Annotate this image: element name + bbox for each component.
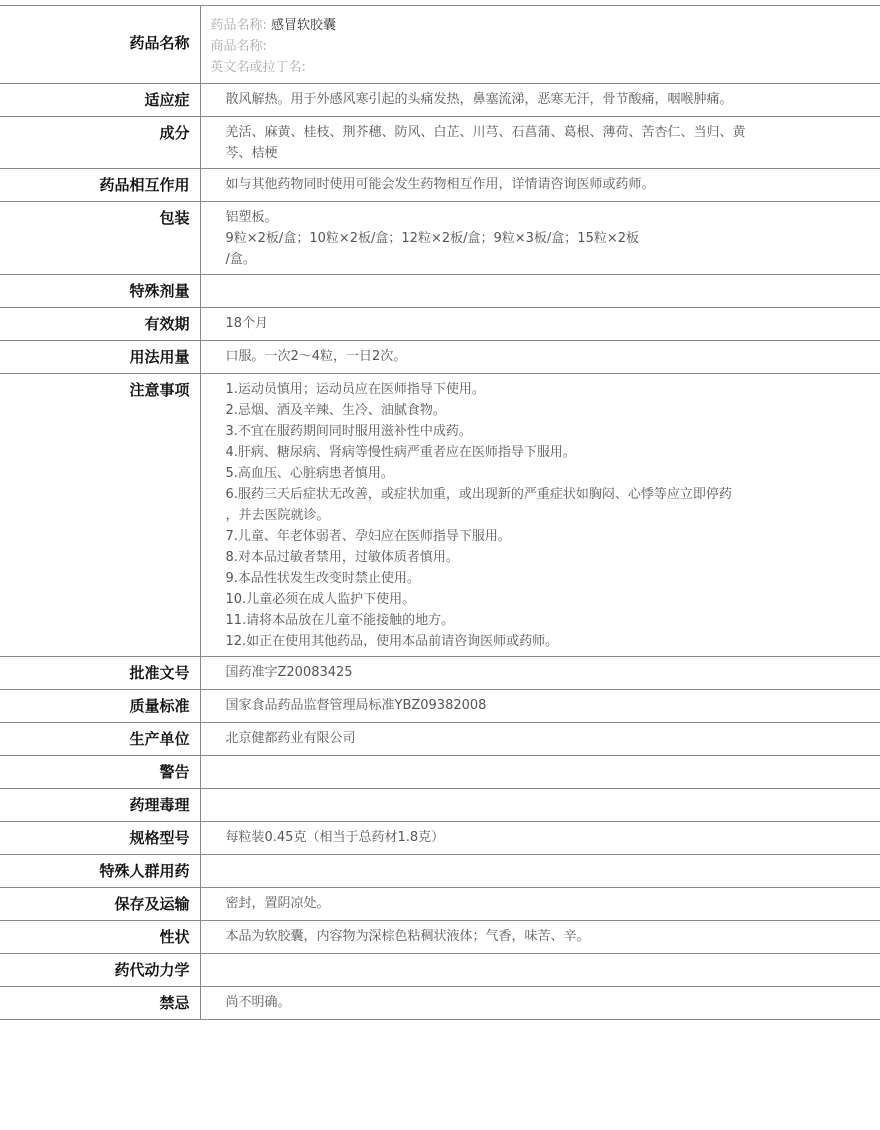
table-row: 警告 [0, 756, 880, 789]
value-line: 12.如正在使用其他药品，使用本品前请咨询医师或药师。 [226, 631, 791, 652]
drug-spec-sheet: 药品名称 药品名称: 感冒软胶囊 商品名称: 英文名或拉丁名: [0, 5, 880, 1020]
row-label: 警告 [0, 756, 200, 789]
row-label: 规格型号 [0, 822, 200, 855]
row-label: 适应症 [0, 84, 200, 117]
row-label: 批准文号 [0, 657, 200, 690]
value-line: 2.忌烟、酒及辛辣、生冷、油腻食物。 [226, 400, 791, 421]
table-row: 特殊剂量 [0, 275, 880, 308]
row-value: 18个月 [200, 308, 880, 341]
row-label: 药品名称 [0, 6, 200, 84]
generic-name-key: 药品名称: [211, 18, 267, 33]
value-line: 如与其他药物同时使用可能会发生药物相互作用，详情请咨询医师或药师。 [226, 174, 791, 195]
row-label: 生产单位 [0, 723, 200, 756]
value-line: 口服。一次2～4粒，一日2次。 [226, 346, 791, 367]
table-row: 生产单位北京健都药业有限公司 [0, 723, 880, 756]
drug-spec-table: 药品名称 药品名称: 感冒软胶囊 商品名称: 英文名或拉丁名: [0, 5, 880, 1020]
row-label: 包装 [0, 202, 200, 275]
row-value [200, 756, 880, 789]
value-line: 9粒×2板/盒；10粒×2板/盒；12粒×2板/盒；9粒×3板/盒；15粒×2板 [226, 228, 791, 249]
row-label: 质量标准 [0, 690, 200, 723]
row-value: 如与其他药物同时使用可能会发生药物相互作用，详情请咨询医师或药师。 [200, 169, 880, 202]
table-row: 禁忌尚不明确。 [0, 987, 880, 1020]
table-row: 特殊人群用药 [0, 855, 880, 888]
value-line: 6.服药三天后症状无改善，或症状加重，或出现新的严重症状如胸闷、心悸等应立即停药 [226, 484, 791, 505]
row-label: 性状 [0, 921, 200, 954]
value-line: 7.儿童、年老体弱者、孕妇应在医师指导下服用。 [226, 526, 791, 547]
table-row: 规格型号每粒装0.45克（相当于总药材1.8克） [0, 822, 880, 855]
row-value: 铝塑板。9粒×2板/盒；10粒×2板/盒；12粒×2板/盒；9粒×3板/盒；15… [200, 202, 880, 275]
row-label: 有效期 [0, 308, 200, 341]
row-value [200, 275, 880, 308]
value-line: 密封，置阴凉处。 [226, 893, 791, 914]
row-label: 注意事项 [0, 374, 200, 657]
table-row: 保存及运输密封，置阴凉处。 [0, 888, 880, 921]
value-line: 国家食品药品监督管理局标准YBZ09382008 [226, 695, 791, 716]
value-line: ，并去医院就诊。 [226, 505, 791, 526]
row-value: 尚不明确。 [200, 987, 880, 1020]
row-label: 保存及运输 [0, 888, 200, 921]
table-row: 适应症散风解热。用于外感风寒引起的头痛发热，鼻塞流涕，恶寒无汗，骨节酸痛，咽喉肿… [0, 84, 880, 117]
value-line: 3.不宜在服药期间同时服用滋补性中成药。 [226, 421, 791, 442]
value-line: 8.对本品过敏者禁用，过敏体质者慎用。 [226, 547, 791, 568]
row-value: 每粒装0.45克（相当于总药材1.8克） [200, 822, 880, 855]
row-value: 北京健都药业有限公司 [200, 723, 880, 756]
table-row: 质量标准国家食品药品监督管理局标准YBZ09382008 [0, 690, 880, 723]
table-row: 用法用量口服。一次2～4粒，一日2次。 [0, 341, 880, 374]
value-line: 散风解热。用于外感风寒引起的头痛发热，鼻塞流涕，恶寒无汗，骨节酸痛，咽喉肿痛。 [226, 89, 791, 110]
value-line: 国药准字Z20083425 [226, 662, 791, 683]
row-value: 本品为软胶囊，内容物为深棕色粘稠状液体；气香，味苦、辛。 [200, 921, 880, 954]
table-row: 有效期18个月 [0, 308, 880, 341]
english-name-line: 英文名或拉丁名: [211, 57, 871, 78]
row-value [200, 855, 880, 888]
row-label: 药品相互作用 [0, 169, 200, 202]
row-label: 用法用量 [0, 341, 200, 374]
table-row: 批准文号国药准字Z20083425 [0, 657, 880, 690]
english-name-key: 英文名或拉丁名: [211, 60, 306, 75]
trade-name-key: 商品名称: [211, 39, 267, 54]
row-value: 1.运动员慎用；运动员应在医师指导下使用。2.忌烟、酒及辛辣、生冷、油腻食物。3… [200, 374, 880, 657]
row-label: 特殊人群用药 [0, 855, 200, 888]
value-line: 铝塑板。 [226, 207, 791, 228]
value-line: 10.儿童必须在成人监护下使用。 [226, 589, 791, 610]
drug-name-cell: 药品名称: 感冒软胶囊 商品名称: 英文名或拉丁名: [200, 6, 880, 84]
table-row: 药品相互作用如与其他药物同时使用可能会发生药物相互作用，详情请咨询医师或药师。 [0, 169, 880, 202]
row-value: 国家食品药品监督管理局标准YBZ09382008 [200, 690, 880, 723]
row-label: 药代动力学 [0, 954, 200, 987]
row-value: 密封，置阴凉处。 [200, 888, 880, 921]
row-value [200, 954, 880, 987]
value-line: 11.请将本品放在儿童不能接触的地方。 [226, 610, 791, 631]
value-line: /盒。 [226, 249, 791, 270]
table-row: 成分羌活、麻黄、桂枝、荆芥穗、防风、白芷、川芎、石菖蒲、葛根、薄荷、苦杏仁、当归… [0, 117, 880, 169]
value-line: 芩、桔梗 [226, 143, 791, 164]
generic-name-value: 感冒软胶囊 [271, 18, 336, 33]
row-label: 特殊剂量 [0, 275, 200, 308]
table-row: 注意事项1.运动员慎用；运动员应在医师指导下使用。2.忌烟、酒及辛辣、生冷、油腻… [0, 374, 880, 657]
trade-name-line: 商品名称: [211, 36, 871, 57]
value-line: 9.本品性状发生改变时禁止使用。 [226, 568, 791, 589]
value-line: 4.肝病、糖尿病、肾病等慢性病严重者应在医师指导下服用。 [226, 442, 791, 463]
table-row: 药理毒理 [0, 789, 880, 822]
table-row: 性状本品为软胶囊，内容物为深棕色粘稠状液体；气香，味苦、辛。 [0, 921, 880, 954]
generic-name-line: 药品名称: 感冒软胶囊 [211, 15, 871, 36]
row-value: 国药准字Z20083425 [200, 657, 880, 690]
row-label: 药理毒理 [0, 789, 200, 822]
value-line: 北京健都药业有限公司 [226, 728, 791, 749]
value-line: 5.高血压、心脏病患者慎用。 [226, 463, 791, 484]
row-value: 羌活、麻黄、桂枝、荆芥穗、防风、白芷、川芎、石菖蒲、葛根、薄荷、苦杏仁、当归、黄… [200, 117, 880, 169]
table-row: 药代动力学 [0, 954, 880, 987]
value-line: 每粒装0.45克（相当于总药材1.8克） [226, 827, 791, 848]
value-line: 1.运动员慎用；运动员应在医师指导下使用。 [226, 379, 791, 400]
table-row-drug-name: 药品名称 药品名称: 感冒软胶囊 商品名称: 英文名或拉丁名: [0, 6, 880, 84]
row-label: 禁忌 [0, 987, 200, 1020]
value-line: 本品为软胶囊，内容物为深棕色粘稠状液体；气香，味苦、辛。 [226, 926, 791, 947]
row-value: 口服。一次2～4粒，一日2次。 [200, 341, 880, 374]
value-line: 尚不明确。 [226, 992, 791, 1013]
row-value [200, 789, 880, 822]
table-row: 包装铝塑板。9粒×2板/盒；10粒×2板/盒；12粒×2板/盒；9粒×3板/盒；… [0, 202, 880, 275]
row-value: 散风解热。用于外感风寒引起的头痛发热，鼻塞流涕，恶寒无汗，骨节酸痛，咽喉肿痛。 [200, 84, 880, 117]
value-line: 18个月 [226, 313, 791, 334]
row-label: 成分 [0, 117, 200, 169]
value-line: 羌活、麻黄、桂枝、荆芥穗、防风、白芷、川芎、石菖蒲、葛根、薄荷、苦杏仁、当归、黄 [226, 122, 791, 143]
